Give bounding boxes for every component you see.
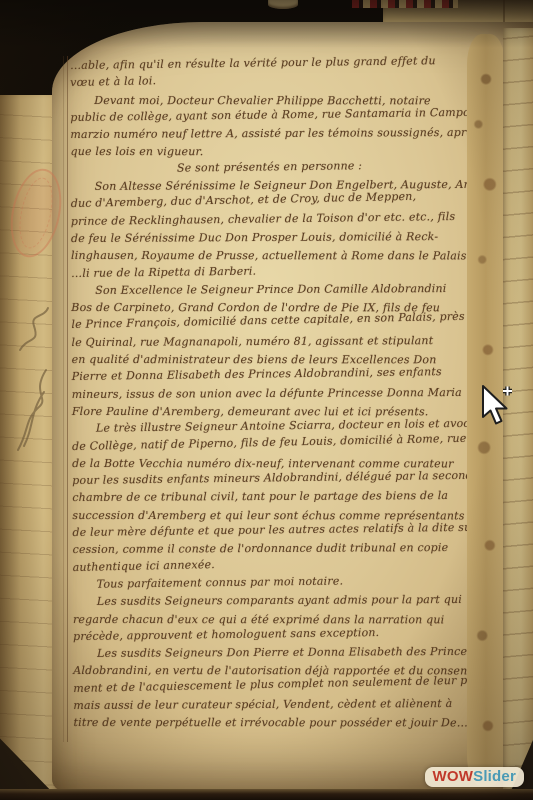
margin-rule <box>67 56 68 742</box>
pencil-scribble-icon <box>14 300 56 358</box>
manuscript-line: Son Excellence le Seigneur Prince Don Ca… <box>71 280 469 299</box>
marbled-book-edge <box>352 0 458 8</box>
manuscript-line: de feu le Sérénissime Duc Don Prosper Lo… <box>71 228 469 247</box>
photo-of-manuscript-page: …able, afin qu'il en résulte la vérité p… <box>0 0 533 800</box>
manuscript-line: marzio numéro neuf lettre A, assisté par… <box>70 124 468 143</box>
mouse-cursor-icon <box>478 384 514 428</box>
pencil-scribble-icon <box>10 362 56 458</box>
manuscript-line: chambre de ce tribunal civil, tant pour … <box>72 487 470 506</box>
manuscript-line: mais aussi de leur curateur spécial, Ven… <box>73 695 471 714</box>
manuscript-line: mineurs, issus de son union avec la défu… <box>72 384 470 403</box>
slider-text: Slider <box>473 768 516 785</box>
manuscript-line: Les susdits Seigneurs comparants ayant a… <box>73 591 471 610</box>
wowslider-watermark[interactable]: WOWSlider <box>425 767 524 787</box>
manuscript-line: pour les susdits enfants mineurs Aldobra… <box>72 467 470 490</box>
wow-text: WOW <box>433 768 474 785</box>
margin-rule-secondary <box>63 56 64 742</box>
book-bottom-edge <box>0 789 533 800</box>
manuscript-line: Les susdits Seigneurs Don Pierre et Donn… <box>73 643 471 662</box>
page-clip-notch <box>268 0 298 9</box>
manuscript-line: titre de vente perpétuelle et irrévocabl… <box>73 714 471 732</box>
manuscript-line: Pierre et Donna Elisabeth des Princes Al… <box>72 363 470 386</box>
manuscript-text: …able, afin qu'il en résulte la vérité p… <box>70 55 472 732</box>
manuscript-line: le Quirinal, rue Magnanapoli, numéro 81,… <box>71 332 469 351</box>
